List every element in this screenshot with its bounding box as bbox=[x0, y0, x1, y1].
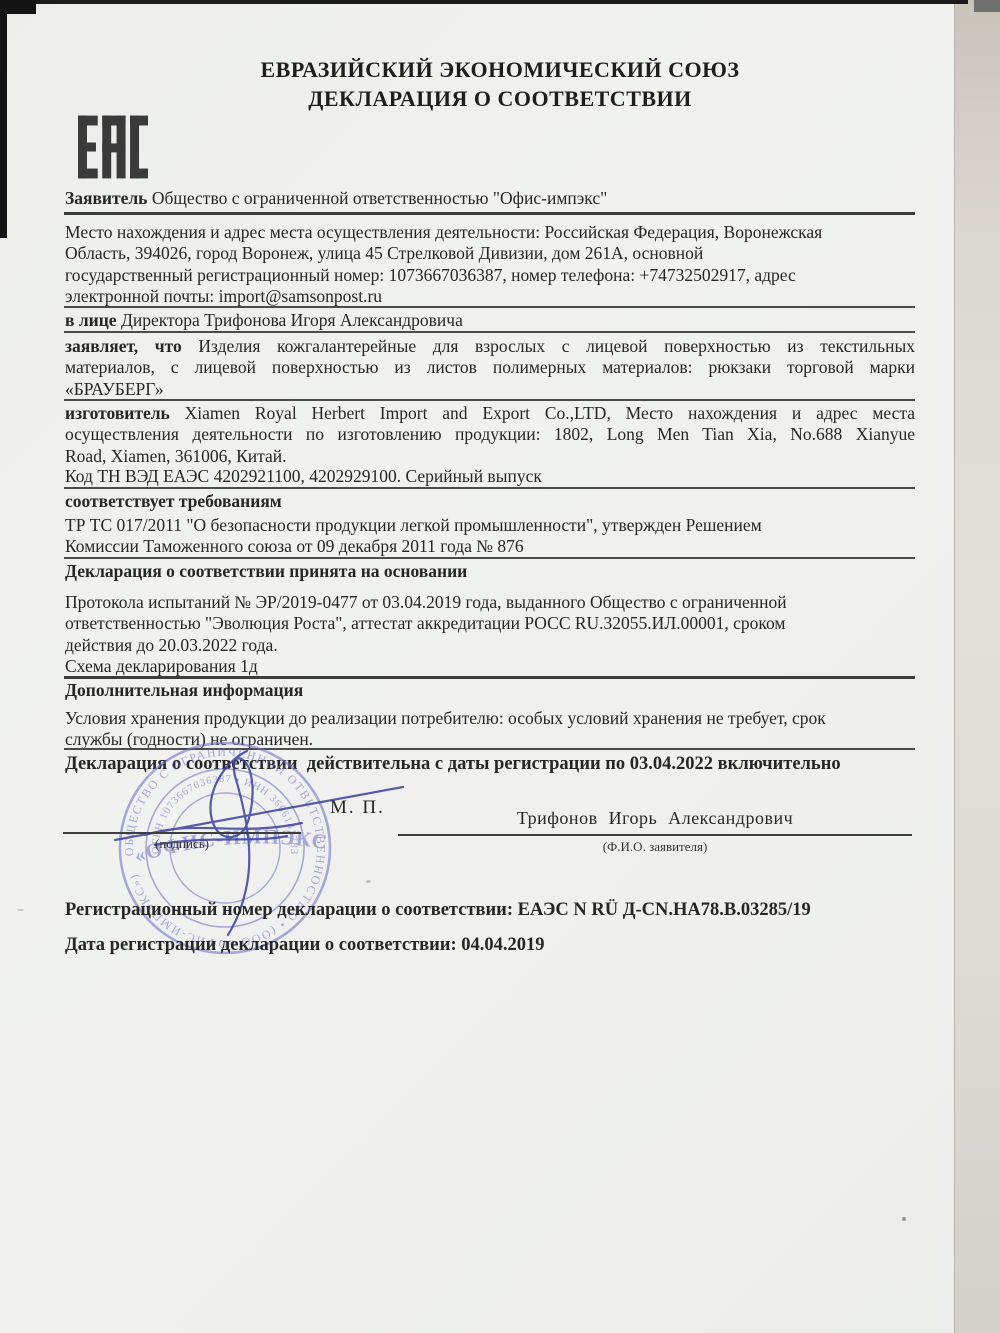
registration-number-line: Регистрационный номер декларации о соотв… bbox=[65, 899, 915, 921]
scan-corner-top-left bbox=[0, 0, 36, 14]
declares-label: заявляет, что bbox=[65, 336, 182, 356]
signature-caption: (подпись) bbox=[63, 836, 301, 852]
eac-logo-icon: EAC bbox=[78, 112, 148, 182]
basis-line: действия до 20.03.2022 года. bbox=[65, 635, 915, 656]
manufacturer-block: изготовитель Xiamen Royal Herbert Import… bbox=[65, 403, 915, 467]
registration-date-value: 04.04.2019 bbox=[461, 935, 544, 955]
basis-line: Протокола испытаний № ЭР/2019-0477 от 03… bbox=[65, 592, 915, 613]
declares-text: Изделия кожгалантерейные для взрослых с … bbox=[198, 336, 915, 356]
registration-number-label: Регистрационный номер декларации о соотв… bbox=[65, 900, 513, 920]
scan-left-strip bbox=[0, 0, 7, 238]
section-divider bbox=[64, 557, 915, 559]
scan-edge-band bbox=[954, 0, 1000, 1333]
complies-block: ТР ТС 017/2011 "О безопасности продукции… bbox=[65, 515, 915, 558]
registration-date-line: Дата регистрации декларации о соответств… bbox=[65, 934, 915, 956]
scan-speck bbox=[17, 909, 24, 911]
manufacturer-text: Xiamen Royal Herbert Import and Export C… bbox=[185, 403, 915, 423]
declares-line: заявляет, что Изделия кожгалантерейные д… bbox=[65, 336, 915, 357]
section-divider bbox=[64, 331, 915, 333]
manufacturer-line: осуществления деятельности по изготовлен… bbox=[65, 424, 915, 445]
registration-number-value: ЕАЭС N RÜ Д-CN.HA78.B.03285/19 bbox=[518, 900, 811, 920]
section-divider bbox=[64, 676, 915, 679]
person-value: Директора Трифонова Игоря Александровича bbox=[121, 310, 463, 330]
basis-block: Протокола испытаний № ЭР/2019-0477 от 03… bbox=[65, 592, 915, 677]
address-line: Место нахождения и адрес места осуществл… bbox=[65, 222, 915, 243]
tnved-line: Код ТН ВЭД ЕАЭС 4202921100, 4202929100. … bbox=[65, 466, 915, 487]
document-title-line2: ДЕКЛАРАЦИЯ О СООТВЕТСТВИИ bbox=[0, 86, 1000, 112]
manufacturer-label: изготовитель bbox=[65, 403, 170, 423]
basis-heading: Декларация о соответствии принята на осн… bbox=[65, 561, 915, 582]
declarant-underline bbox=[398, 834, 912, 836]
stamp-place-mark: М. П. bbox=[330, 797, 385, 819]
address-line: электронной почты: import@samsonpost.ru bbox=[65, 286, 915, 307]
applicant-label: Заявитель bbox=[65, 188, 147, 208]
scan-speck bbox=[902, 1217, 906, 1221]
address-line: Область, 394026, город Воронеж, улица 45… bbox=[65, 243, 915, 264]
section-divider bbox=[64, 399, 915, 401]
additional-heading: Дополнительная информация bbox=[65, 680, 915, 701]
address-block: Место нахождения и адрес места осуществл… bbox=[65, 222, 915, 307]
applicant-value: Общество с ограниченной ответственностью… bbox=[152, 188, 607, 208]
declares-line: «БРАУБЕРГ» bbox=[65, 379, 915, 400]
declarant-caption: (Ф.И.О. заявителя) bbox=[398, 839, 912, 855]
declares-block: заявляет, что Изделия кожгалантерейные д… bbox=[65, 336, 915, 400]
address-line: государственный регистрационный номер: 1… bbox=[65, 265, 915, 286]
person-label: в лице bbox=[65, 310, 117, 330]
scan-top-strip bbox=[0, 0, 968, 4]
declares-line: материалов, с лицевой поверхностью из ли… bbox=[65, 357, 915, 378]
complies-heading: соответствует требованиям bbox=[65, 491, 915, 512]
complies-line: ТР ТС 017/2011 "О безопасности продукции… bbox=[65, 515, 915, 536]
signature-underline bbox=[63, 832, 301, 834]
section-divider bbox=[64, 487, 915, 489]
basis-line: ответственностью "Эволюция Роста", аттес… bbox=[65, 613, 915, 634]
complies-line: Комиссии Таможенного союза от 09 декабря… bbox=[65, 536, 915, 557]
applicant-line: Заявитель Общество с ограниченной ответс… bbox=[65, 188, 915, 209]
section-divider bbox=[64, 306, 915, 308]
manufacturer-line: изготовитель Xiamen Royal Herbert Import… bbox=[65, 403, 915, 424]
scan-corner-top-right bbox=[974, 0, 1000, 12]
scheme-line: Схема декларирования 1д bbox=[65, 656, 915, 677]
section-divider bbox=[64, 212, 915, 215]
person-line: в лице Директора Трифонова Игоря Алексан… bbox=[65, 310, 915, 331]
manufacturer-line: Road, Xiamen, 361006, Китай. bbox=[65, 446, 915, 467]
registration-date-label: Дата регистрации декларации о соответств… bbox=[65, 935, 457, 955]
declarant-name: Трифонов Игорь Александрович bbox=[398, 808, 912, 829]
document-title-line1: ЕВРАЗИЙСКИЙ ЭКОНОМИЧЕСКИЙ СОЮЗ bbox=[0, 57, 1000, 83]
